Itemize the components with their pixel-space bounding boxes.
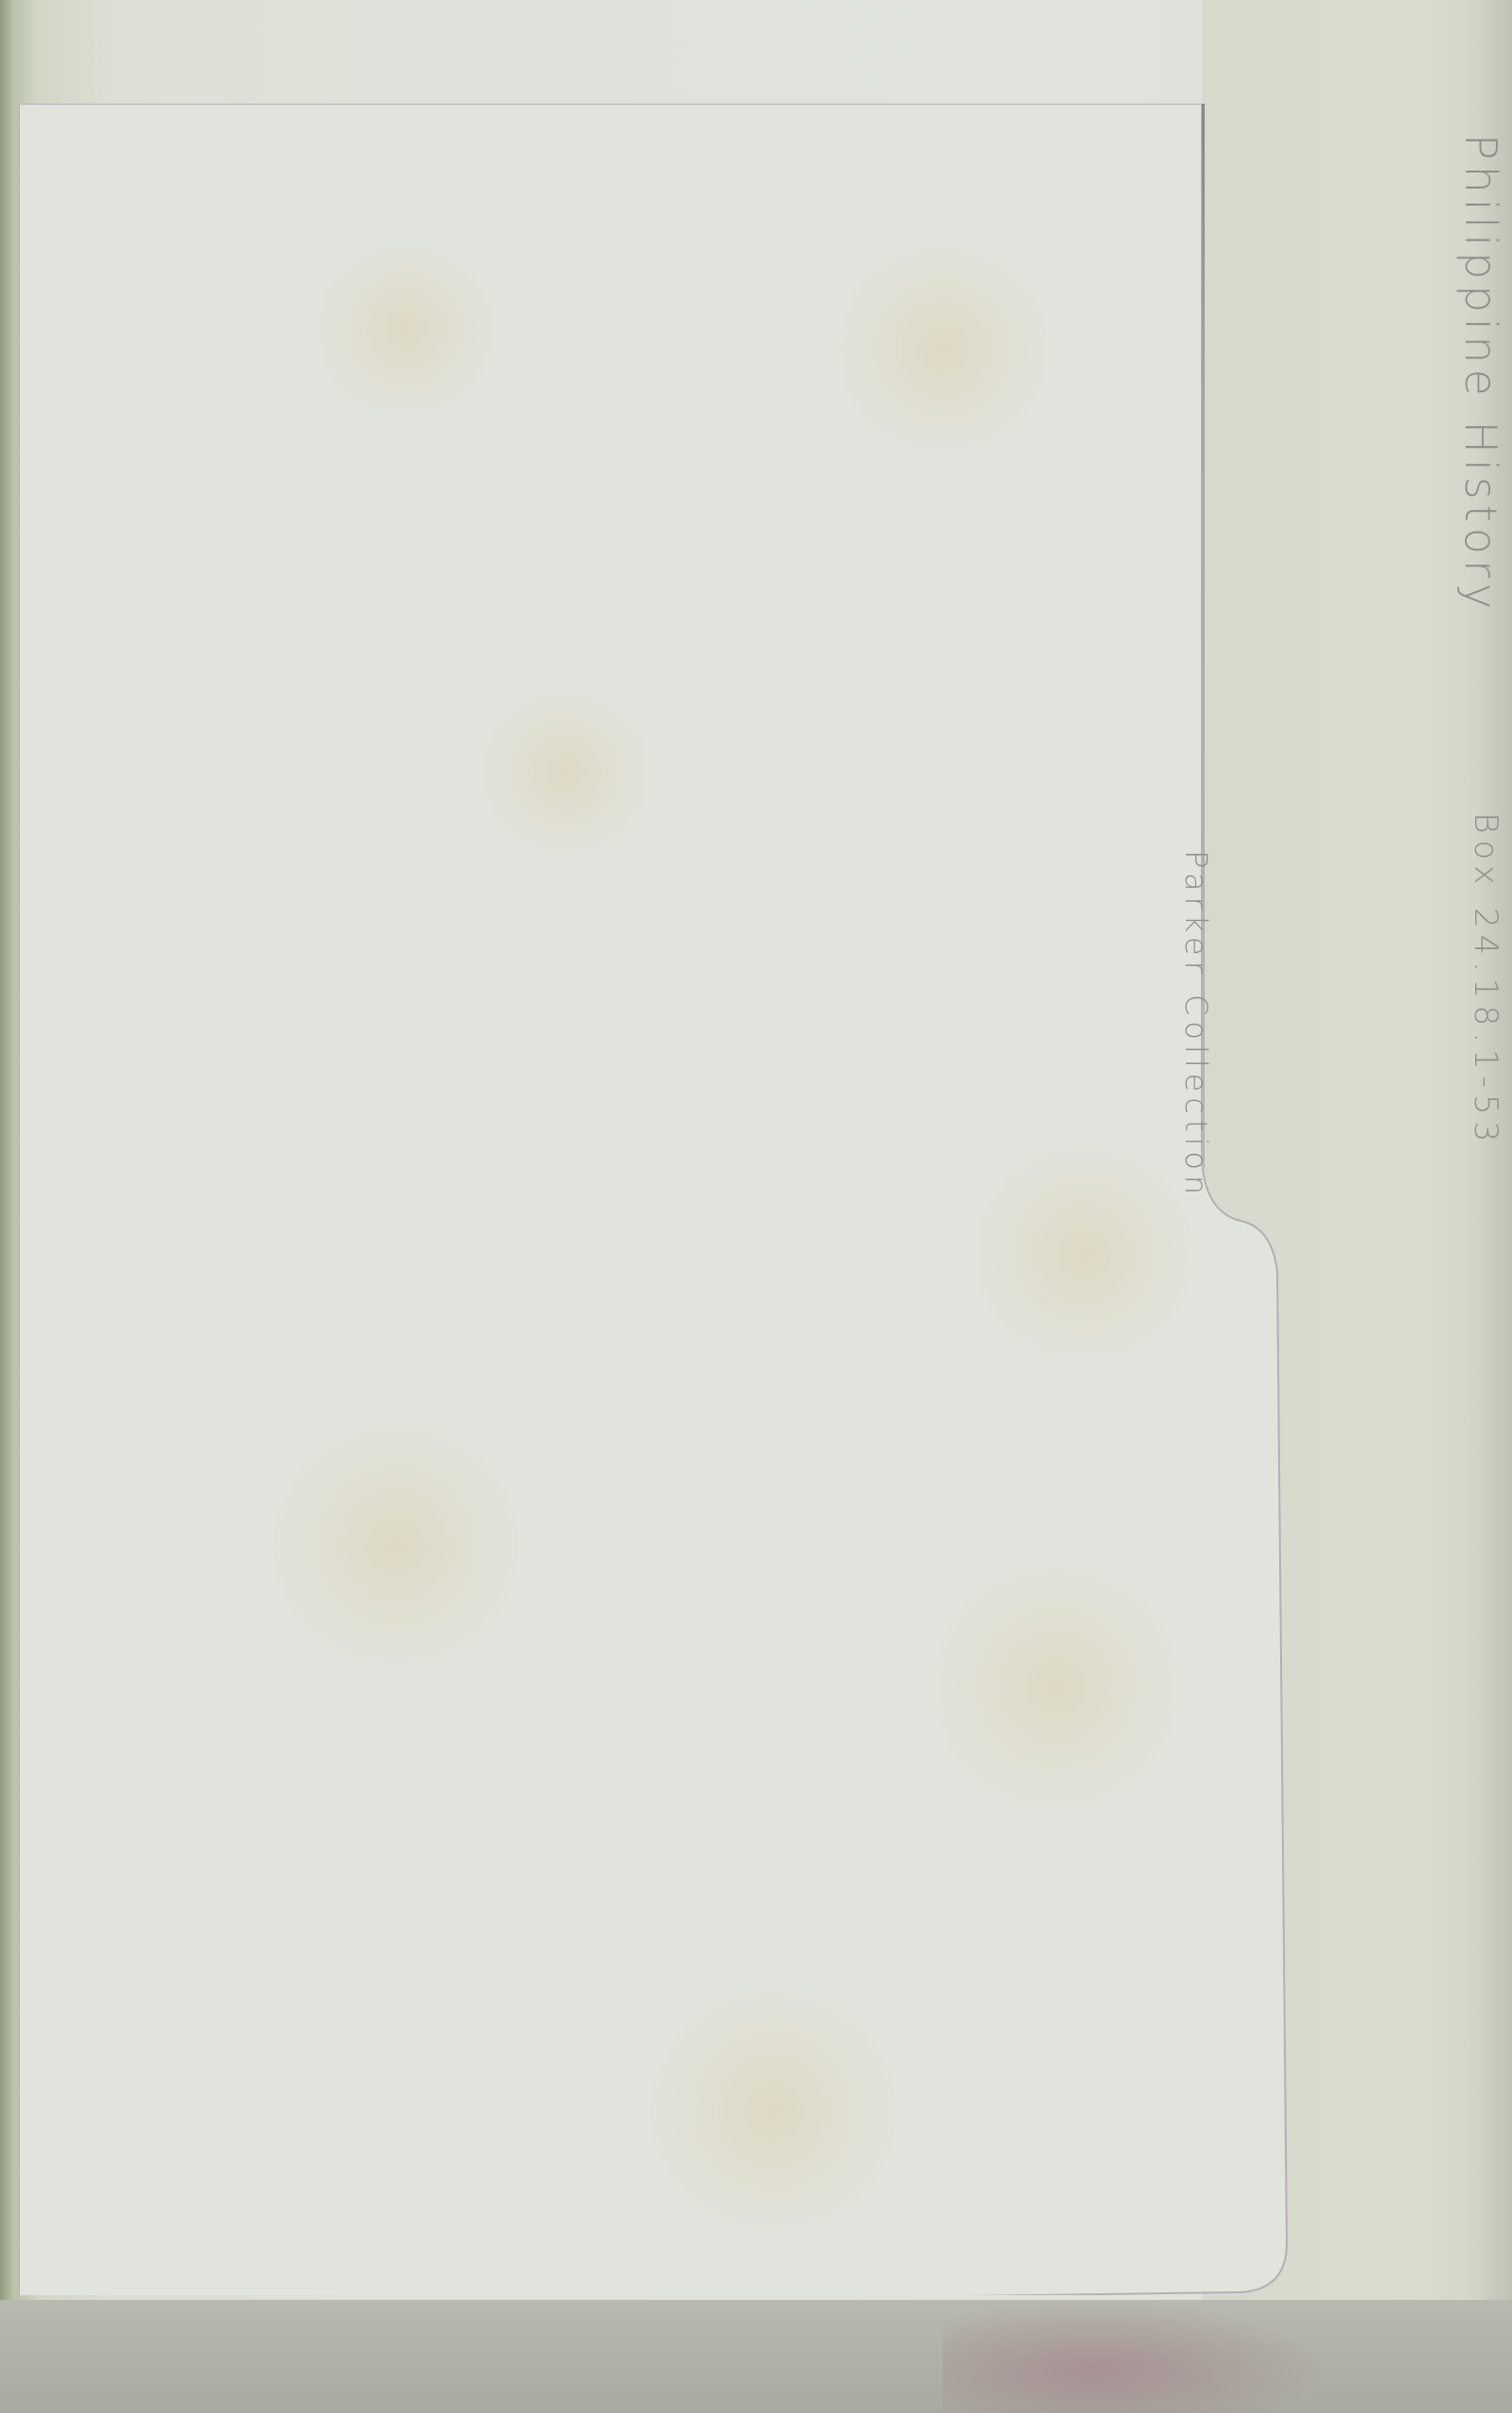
collection-label: Parker Collection (1178, 850, 1214, 1200)
age-stain (255, 1423, 537, 1668)
subject-label: Philippine History (1455, 134, 1506, 615)
age-stain (820, 245, 1065, 452)
age-stain (961, 1141, 1207, 1367)
pink-stain (943, 2305, 1320, 2413)
age-stain (302, 245, 509, 415)
age-stain (632, 1989, 914, 2234)
age-stain (914, 1565, 1197, 1810)
age-stain (471, 688, 660, 858)
box-number-label: Box 24.18.1-53 (1467, 813, 1504, 1148)
folder-front-panel (19, 104, 1310, 2295)
